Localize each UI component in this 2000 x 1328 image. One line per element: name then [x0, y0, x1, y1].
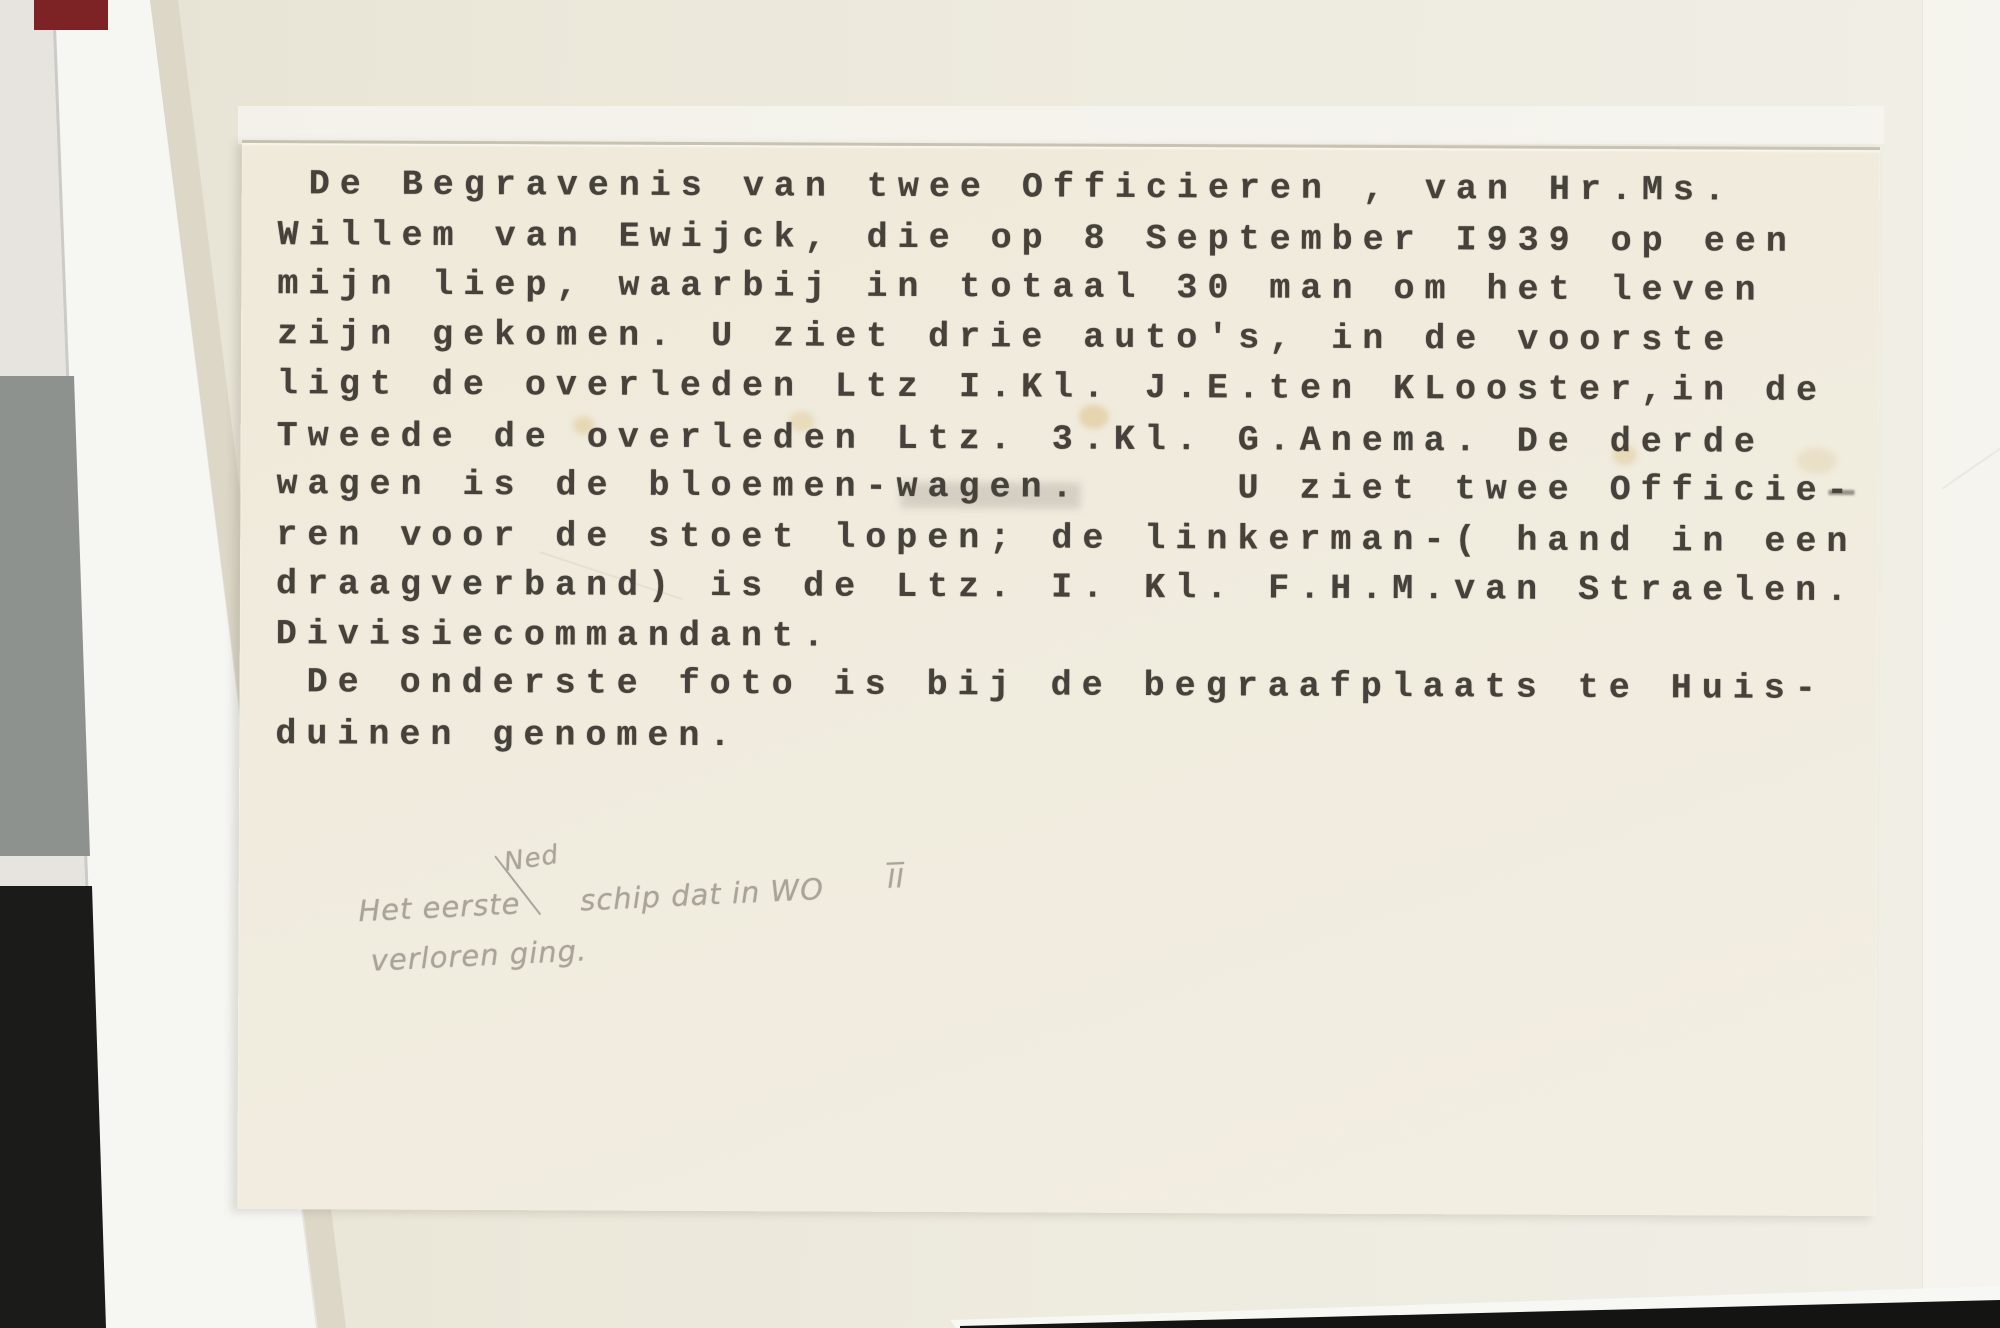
typed-caption-paper: De Begravenis van twee Officieren , van …	[237, 140, 1880, 1216]
pencil-inserted-word: Ned	[502, 840, 561, 878]
typed-line: De onderste foto is bij de begraafplaats…	[276, 657, 1857, 714]
archival-scan-scene: De Begravenis van twee Officieren , van …	[0, 0, 2000, 1328]
typed-line: mijn liep, waarbij in totaal 30 man om h…	[277, 259, 1858, 316]
typed-line: duinen genomen.	[275, 709, 1856, 766]
pencil-text: Het eerste	[358, 886, 522, 928]
typed-line: De Begravenis van twee Officieren , van …	[278, 159, 1859, 216]
caption-paper-highlight	[238, 106, 1884, 144]
pencil-roman-numeral: II	[887, 864, 906, 895]
calibration-red-chip	[34, 0, 108, 30]
mount-right-edge	[1922, 0, 2000, 1328]
typed-line: draagverband) is de Ltz. I. Kl. F.H.M.va…	[276, 559, 1857, 616]
pencil-text: schip dat in WO	[579, 872, 824, 918]
pencil-text: verloren ging.	[370, 933, 588, 977]
typed-line: Tweede de overleden Ltz. 3.Kl. G.Anema. …	[277, 411, 1858, 468]
typed-line: ligt de overleden Ltz I.Kl. J.E.ten KLoo…	[277, 359, 1858, 416]
typed-caption-text: De Begravenis van twee Officieren , van …	[275, 159, 1859, 766]
overtyped-smudge	[900, 482, 1080, 509]
typed-line: Willem van Ewijck, die op 8 September I9…	[277, 210, 1858, 267]
pencil-annotation: Het eerste Ned schip dat in WO II verlor…	[356, 831, 922, 988]
typed-line: zijn gekomen. U ziet drie auto's, in de …	[277, 309, 1858, 366]
overstruck-hyphen	[1828, 490, 1854, 495]
typed-line: ren voor de stoet lopen; de linkerman-( …	[276, 510, 1857, 567]
